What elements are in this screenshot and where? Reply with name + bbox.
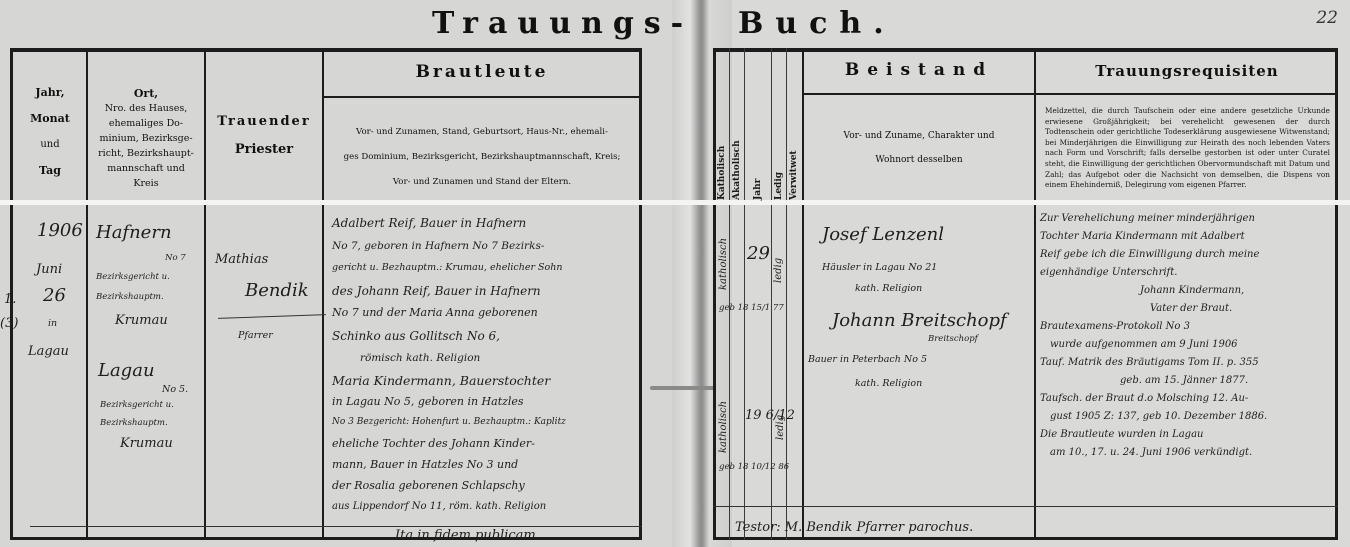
entry-year: 1906	[37, 220, 83, 241]
header-priest: Trauender Priester	[206, 108, 322, 164]
priest-last-name: Bendik	[245, 280, 309, 301]
header-year: Jahr	[753, 170, 763, 200]
bride-religion: katholisch	[718, 383, 729, 453]
header-divider	[802, 93, 1338, 95]
bride-village: Lagau	[98, 360, 155, 381]
groom-line: gericht u. Bezhauptm.: Krumau, ehelicher…	[332, 257, 642, 280]
witness1-occupation: Häusler in Lagau No 21	[822, 262, 937, 273]
witness1-name: Josef Lenzenl	[822, 224, 944, 245]
witness1-religion: kath. Religion	[855, 283, 922, 294]
header-priest-line: Priester	[206, 136, 322, 164]
header-catholic: Katholisch	[717, 145, 727, 200]
column-divider	[1034, 48, 1036, 540]
requisites-line: wurde aufgenommen am 9 Juni 1906	[1040, 336, 1336, 354]
entry-place: Lagau	[28, 344, 69, 359]
bride-court: Bezirksgericht u.	[100, 400, 174, 410]
witness2-correction: Breitschopf	[928, 334, 978, 344]
groom-line: No 7, geboren in Hafnern No 7 Bezirks-	[332, 235, 642, 258]
groom-birth: geb 18 15/1 77	[719, 303, 784, 313]
header-witness-title: Beistand	[804, 60, 1034, 80]
header-priest-line: Trauender	[206, 108, 322, 136]
entry-number: 1.	[4, 292, 16, 307]
requisites-line: Vater der Braut.	[1040, 300, 1336, 318]
entry-bottom-line	[30, 526, 642, 527]
requisites-notes: Zur Verehelichung meiner minderjährigen …	[1040, 210, 1336, 462]
header-divider	[322, 96, 642, 98]
header-place-line: ehemaliges Do-	[88, 116, 204, 131]
header-place-line: Ort,	[88, 86, 204, 101]
groom-age: 29	[747, 243, 770, 264]
binding-thread	[650, 386, 715, 390]
entry-month: Juni	[36, 262, 62, 277]
header-date-line: Jahr,	[14, 80, 86, 106]
witness2-religion: kath. Religion	[855, 378, 922, 389]
groom-court: Bezirksgericht u.	[96, 272, 170, 282]
requisites-line: Tochter Maria Kindermann mit Adalbert	[1040, 228, 1336, 246]
header-non-catholic: Akatholisch	[732, 145, 742, 200]
bride-district-office: Bezirkshauptm.	[100, 418, 168, 428]
scan-seam	[0, 200, 1350, 205]
groom-religion: katholisch	[718, 220, 729, 290]
groom-district: Krumau	[115, 313, 168, 328]
witness2-occupation: Bauer in Peterbach No 5	[808, 354, 927, 365]
header-requisites-title: Trauungsrequisiten	[1036, 62, 1338, 80]
header-witness-line: Vor- und Zuname, Charakter und	[804, 124, 1034, 148]
groom-line: Adalbert Reif, Bauer in Hafnern	[332, 212, 642, 235]
header-place-line: Nro. des Hauses,	[88, 101, 204, 116]
bride-details: Maria Kindermann, Bauerstochter in Lagau…	[332, 370, 642, 517]
header-witness-desc: Vor- und Zuname, Charakter und Wohnort d…	[804, 124, 1034, 172]
requisites-line: Zur Verehelichung meiner minderjährigen	[1040, 210, 1336, 228]
bride-line: in Lagau No 5, geboren in Hatzles	[332, 391, 642, 412]
header-date-line: Monat	[14, 106, 86, 132]
footer-left-note: Ita in fidem publicam	[395, 528, 536, 543]
requisites-line: Reif gebe ich die Einwilligung durch mei…	[1040, 246, 1336, 264]
entry-in: in	[48, 318, 57, 329]
bride-line: eheliche Tochter des Johann Kinder-	[332, 433, 642, 454]
header-place-line: minium, Bezirksge-	[88, 131, 204, 146]
bride-line: No 3 Bezgericht: Hohenfurt u. Bezhauptm.…	[332, 412, 642, 433]
bride-line: der Rosalia geborenen Schlapschy	[332, 475, 642, 496]
groom-details: Adalbert Reif, Bauer in Hafnern No 7, ge…	[332, 212, 642, 370]
header-date-line: Tag	[14, 158, 86, 184]
bride-line: mann, Bauer in Hatzles No 3 und	[332, 454, 642, 475]
bride-district: Krumau	[120, 436, 173, 451]
entry-sub-number: (3)	[0, 316, 18, 331]
header-place-line: Kreis	[88, 176, 204, 191]
groom-village: Hafnern	[96, 222, 172, 243]
header-widowed: Verwitwet	[789, 145, 799, 200]
testor-signature: Testor: M. Bendik Pfarrer parochus.	[735, 520, 973, 535]
entry-day: 26	[43, 285, 66, 306]
bride-birth: geb 18 10/12 86	[719, 462, 789, 472]
header-single: Ledig	[774, 170, 784, 200]
bride-age: 19 6/12	[745, 408, 795, 423]
header-couple-title: Brautleute	[324, 62, 640, 82]
bride-house: No 5.	[162, 384, 188, 395]
header-place: Ort, Nro. des Hauses, ehemaliges Do- min…	[88, 86, 204, 191]
entry-bottom-line	[713, 506, 1338, 507]
header-requisites-desc: Meldzettel, die durch Taufschein oder ei…	[1045, 106, 1330, 191]
register-title-left: Trauungs-	[432, 6, 693, 41]
header-couple-line: ges Dominium, Bezirksgericht, Bezirkshau…	[324, 145, 640, 170]
bride-status: ledig	[775, 400, 786, 440]
priest-first-name: Mathias	[215, 252, 268, 267]
header-place-line: mannschaft und	[88, 161, 204, 176]
groom-line: römisch kath. Religion	[332, 347, 642, 370]
header-place-line: richt, Bezirkshaupt-	[88, 146, 204, 161]
bride-line: aus Lippendorf No 11, röm. kath. Religio…	[332, 496, 642, 517]
requisites-line: am 10., 17. u. 24. Juni 1906 verkündigt.	[1040, 444, 1336, 462]
requisites-line: Brautexamens-Protokoll No 3	[1040, 318, 1336, 336]
groom-line: Schinko aus Gollitsch No 6,	[332, 325, 642, 348]
witness2-name: Johann Breitschopf	[832, 310, 1007, 331]
column-divider	[802, 48, 804, 540]
groom-house: No 7	[165, 253, 186, 263]
priest-title: Pfarrer	[238, 330, 273, 341]
requisites-line: Taufsch. der Braut d.o Molsching 12. Au-	[1040, 390, 1336, 408]
header-couple-desc: Vor- und Zunamen, Stand, Geburtsort, Hau…	[324, 120, 640, 195]
groom-status: ledig	[773, 243, 784, 283]
header-couple-line: Vor- und Zunamen, Stand, Geburtsort, Hau…	[324, 120, 640, 145]
header-date-line: und	[14, 132, 86, 158]
header-couple-line: Vor- und Zunamen und Stand der Eltern.	[324, 170, 640, 195]
groom-line: No 7 und der Maria Anna geborenen	[332, 302, 642, 325]
register-title-right: Buch.	[738, 6, 896, 41]
requisites-line: Tauf. Matrik des Bräutigams Tom II. p. 3…	[1040, 354, 1336, 372]
groom-line: des Johann Reif, Bauer in Hafnern	[332, 280, 642, 303]
page-number: 22	[1316, 8, 1338, 28]
header-witness-line: Wohnort desselben	[804, 148, 1034, 172]
bride-line: Maria Kindermann, Bauerstochter	[332, 370, 642, 391]
requisites-line: Die Brautleute wurden in Lagau	[1040, 426, 1336, 444]
requisites-line: gust 1905 Z: 137, geb 10. Dezember 1886.	[1040, 408, 1336, 426]
header-date: Jahr, Monat und Tag	[14, 80, 86, 184]
requisites-line: eigenhändige Unterschrift.	[1040, 264, 1336, 282]
requisites-line: geb. am 15. Jänner 1877.	[1040, 372, 1336, 390]
requisites-line: Johann Kindermann,	[1040, 282, 1336, 300]
groom-district-office: Bezirkshauptm.	[96, 292, 164, 302]
